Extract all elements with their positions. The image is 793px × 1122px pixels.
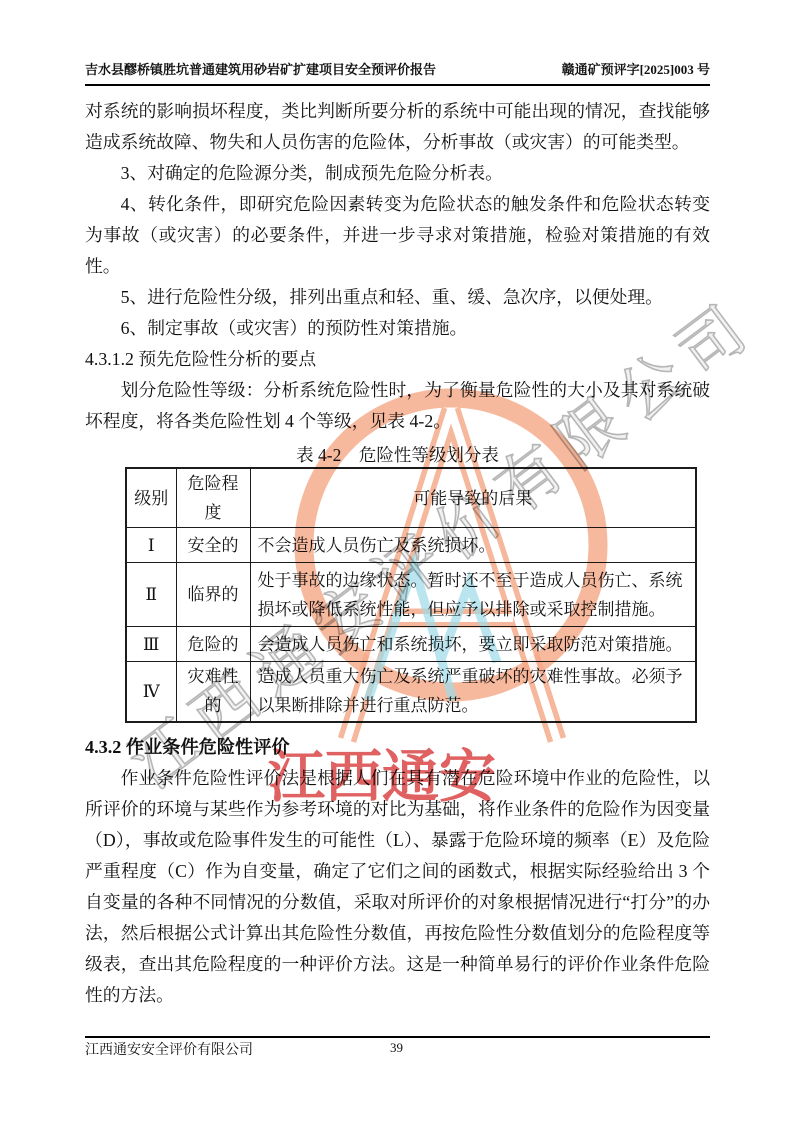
table-caption: 表 4-2 危险性等级划分表 [85, 443, 710, 467]
list-item-3: 3、对确定的危险源分类，制成预先危险分析表。 [85, 158, 710, 189]
header-rule [85, 84, 710, 86]
col-header-consequence: 可能导致的后果 [250, 468, 696, 528]
table-row: Ⅳ 灾难性的 造成人员重大伤亡及系统严重破坏的灾难性事故。必须予以果断排除并进行… [126, 662, 696, 722]
cell-consequence: 不会造成人员伤亡及系统损坏。 [250, 528, 696, 563]
list-item-5: 5、进行危险性分级，排列出重点和轻、重、缓、急次序，以便处理。 [85, 282, 710, 313]
paragraph-grade-division: 划分危险性等级：分析系统危险性时，为了衡量危险性的大小及其对系统破坏程度，将各类… [85, 375, 710, 437]
cell-grade: Ⅰ [126, 528, 176, 563]
document-page: 吉水县醪桥镇胜坑普通建筑用砂岩矿扩建项目安全预评价报告 赣通矿预评字[2025]… [0, 0, 793, 1122]
list-item-6: 6、制定事故（或灾害）的预防性对策措施。 [85, 313, 710, 344]
header-doc-number: 赣通矿预评字[2025]003 号 [562, 59, 710, 78]
cell-consequence: 会造成人员伤亡和系统损坏，要立即采取防范对策措施。 [250, 627, 696, 662]
header-report-title: 吉水县醪桥镇胜坑普通建筑用砂岩矿扩建项目安全预评价报告 [85, 59, 436, 78]
table-row: Ⅰ 安全的 不会造成人员伤亡及系统损坏。 [126, 528, 696, 563]
cell-consequence: 造成人员重大伤亡及系统严重破坏的灾难性事故。必须予以果断排除并进行重点防范。 [250, 662, 696, 722]
list-item-4: 4、转化条件，即研究危险因素转变为危险状态的触发条件和危险状态转变为事故（或灾害… [85, 189, 710, 282]
page-content: 对系统的影响损坏程度，类比判断所要分析的系统中可能出现的情况，查找能够造成系统故… [85, 96, 710, 1011]
section-heading-432: 4.3.2 作业条件危险性评价 [85, 732, 710, 763]
page-number: 39 [0, 1040, 793, 1056]
page-header: 吉水县醪桥镇胜坑普通建筑用砂岩矿扩建项目安全预评价报告 赣通矿预评字[2025]… [85, 59, 710, 78]
cell-grade: Ⅲ [126, 627, 176, 662]
table-row: Ⅲ 危险的 会造成人员伤亡和系统损坏，要立即采取防范对策措施。 [126, 627, 696, 662]
col-header-grade: 级别 [126, 468, 176, 528]
cell-grade: Ⅳ [126, 662, 176, 722]
cell-degree: 灾难性的 [176, 662, 250, 722]
section-heading-4312: 4.3.1.2 预先危险性分析的要点 [85, 344, 710, 375]
paragraph-lec-method: 作业条件危险性评价法是根据人们在具有潜在危险环境中作业的危险性，以所评价的环境与… [85, 763, 710, 1011]
col-header-degree: 危险程度 [176, 468, 250, 528]
cell-degree: 临界的 [176, 563, 250, 627]
table-row: Ⅱ 临界的 处于事故的边缘状态。暂时还不至于造成人员伤亡、系统损坏或降低系统性能… [126, 563, 696, 627]
paragraph-continuation: 对系统的影响损坏程度，类比判断所要分析的系统中可能出现的情况，查找能够造成系统故… [85, 96, 710, 158]
cell-consequence: 处于事故的边缘状态。暂时还不至于造成人员伤亡、系统损坏或降低系统性能，但应予以排… [250, 563, 696, 627]
cell-degree: 安全的 [176, 528, 250, 563]
table-header-row: 级别 危险程度 可能导致的后果 [126, 468, 696, 528]
cell-grade: Ⅱ [126, 563, 176, 627]
hazard-grade-table: 级别 危险程度 可能导致的后果 Ⅰ 安全的 不会造成人员伤亡及系统损坏。 Ⅱ 临… [125, 467, 697, 723]
footer-rule [85, 1036, 710, 1038]
cell-degree: 危险的 [176, 627, 250, 662]
